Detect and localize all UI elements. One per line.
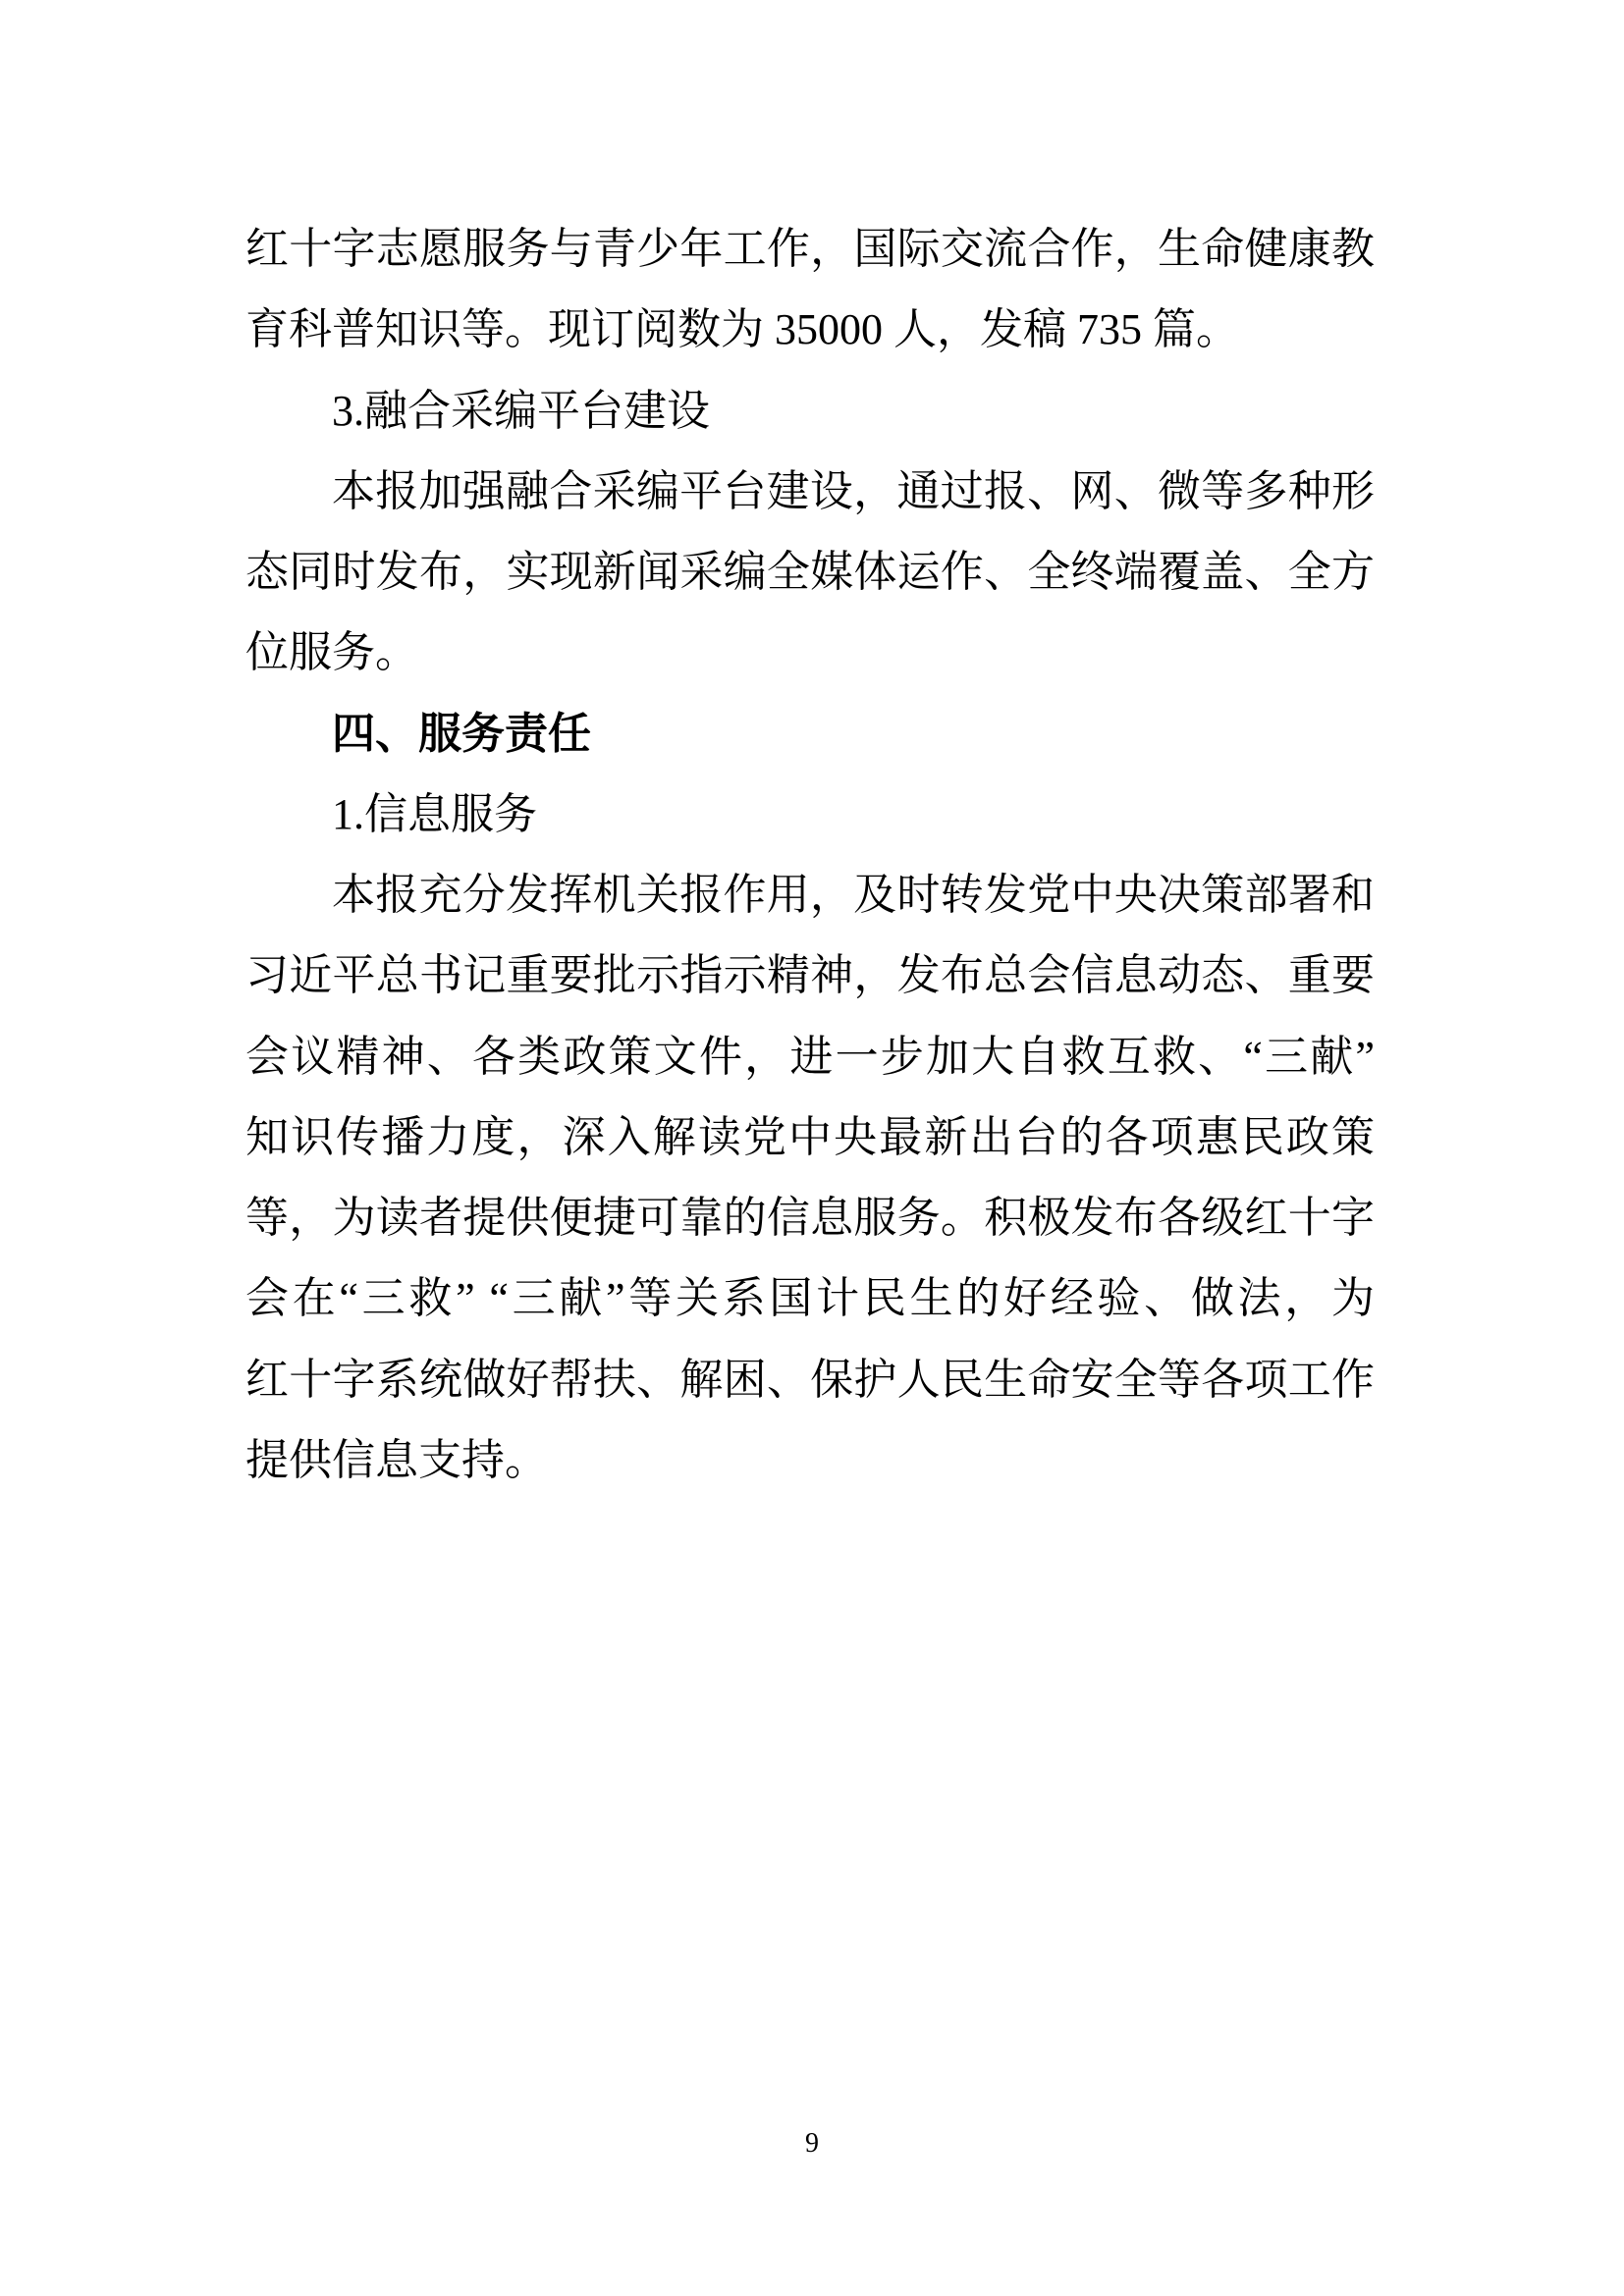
section-heading: 四、服务责任 bbox=[245, 694, 1375, 774]
document-body: 红十字志愿服务与青少年工作，国际交流合作，生命健康教 育科普知识等。现订阅数为 … bbox=[245, 209, 1375, 1501]
subsection-heading: 1.信息服务 bbox=[245, 774, 1375, 855]
text-line: 育科普知识等。现订阅数为 35000 人，发稿 735 篇。 bbox=[245, 290, 1375, 370]
text-line: 习近平总书记重要批示指示精神，发布总会信息动态、重要 bbox=[245, 935, 1375, 1016]
text-line: 本报加强融合采编平台建设，通过报、网、微等多种形 bbox=[245, 452, 1375, 532]
page-number: 9 bbox=[0, 2128, 1624, 2160]
text-line: 会议精神、各类政策文件，进一步加大自救互救、“三献” bbox=[245, 1017, 1375, 1097]
text-line: 等，为读者提供便捷可靠的信息服务。积极发布各级红十字 bbox=[245, 1178, 1375, 1258]
text-line: 红十字志愿服务与青少年工作，国际交流合作，生命健康教 bbox=[245, 209, 1375, 290]
text-line: 态同时发布，实现新闻采编全媒体运作、全终端覆盖、全方 bbox=[245, 532, 1375, 613]
text-line: 会在“三救” “三献”等关系国计民生的好经验、做法，为 bbox=[245, 1258, 1375, 1339]
text-line: 红十字系统做好帮扶、解困、保护人民生命安全等各项工作 bbox=[245, 1340, 1375, 1420]
document-page: 红十字志愿服务与青少年工作，国际交流合作，生命健康教 育科普知识等。现订阅数为 … bbox=[0, 0, 1624, 2296]
text-line: 知识传播力度，深入解读党中央最新出台的各项惠民政策 bbox=[245, 1097, 1375, 1178]
text-line: 本报充分发挥机关报作用，及时转发党中央决策部署和 bbox=[245, 855, 1375, 935]
text-line: 提供信息支持。 bbox=[245, 1420, 1375, 1501]
text-line: 位服务。 bbox=[245, 613, 1375, 693]
subsection-heading: 3.融合采编平台建设 bbox=[245, 371, 1375, 452]
